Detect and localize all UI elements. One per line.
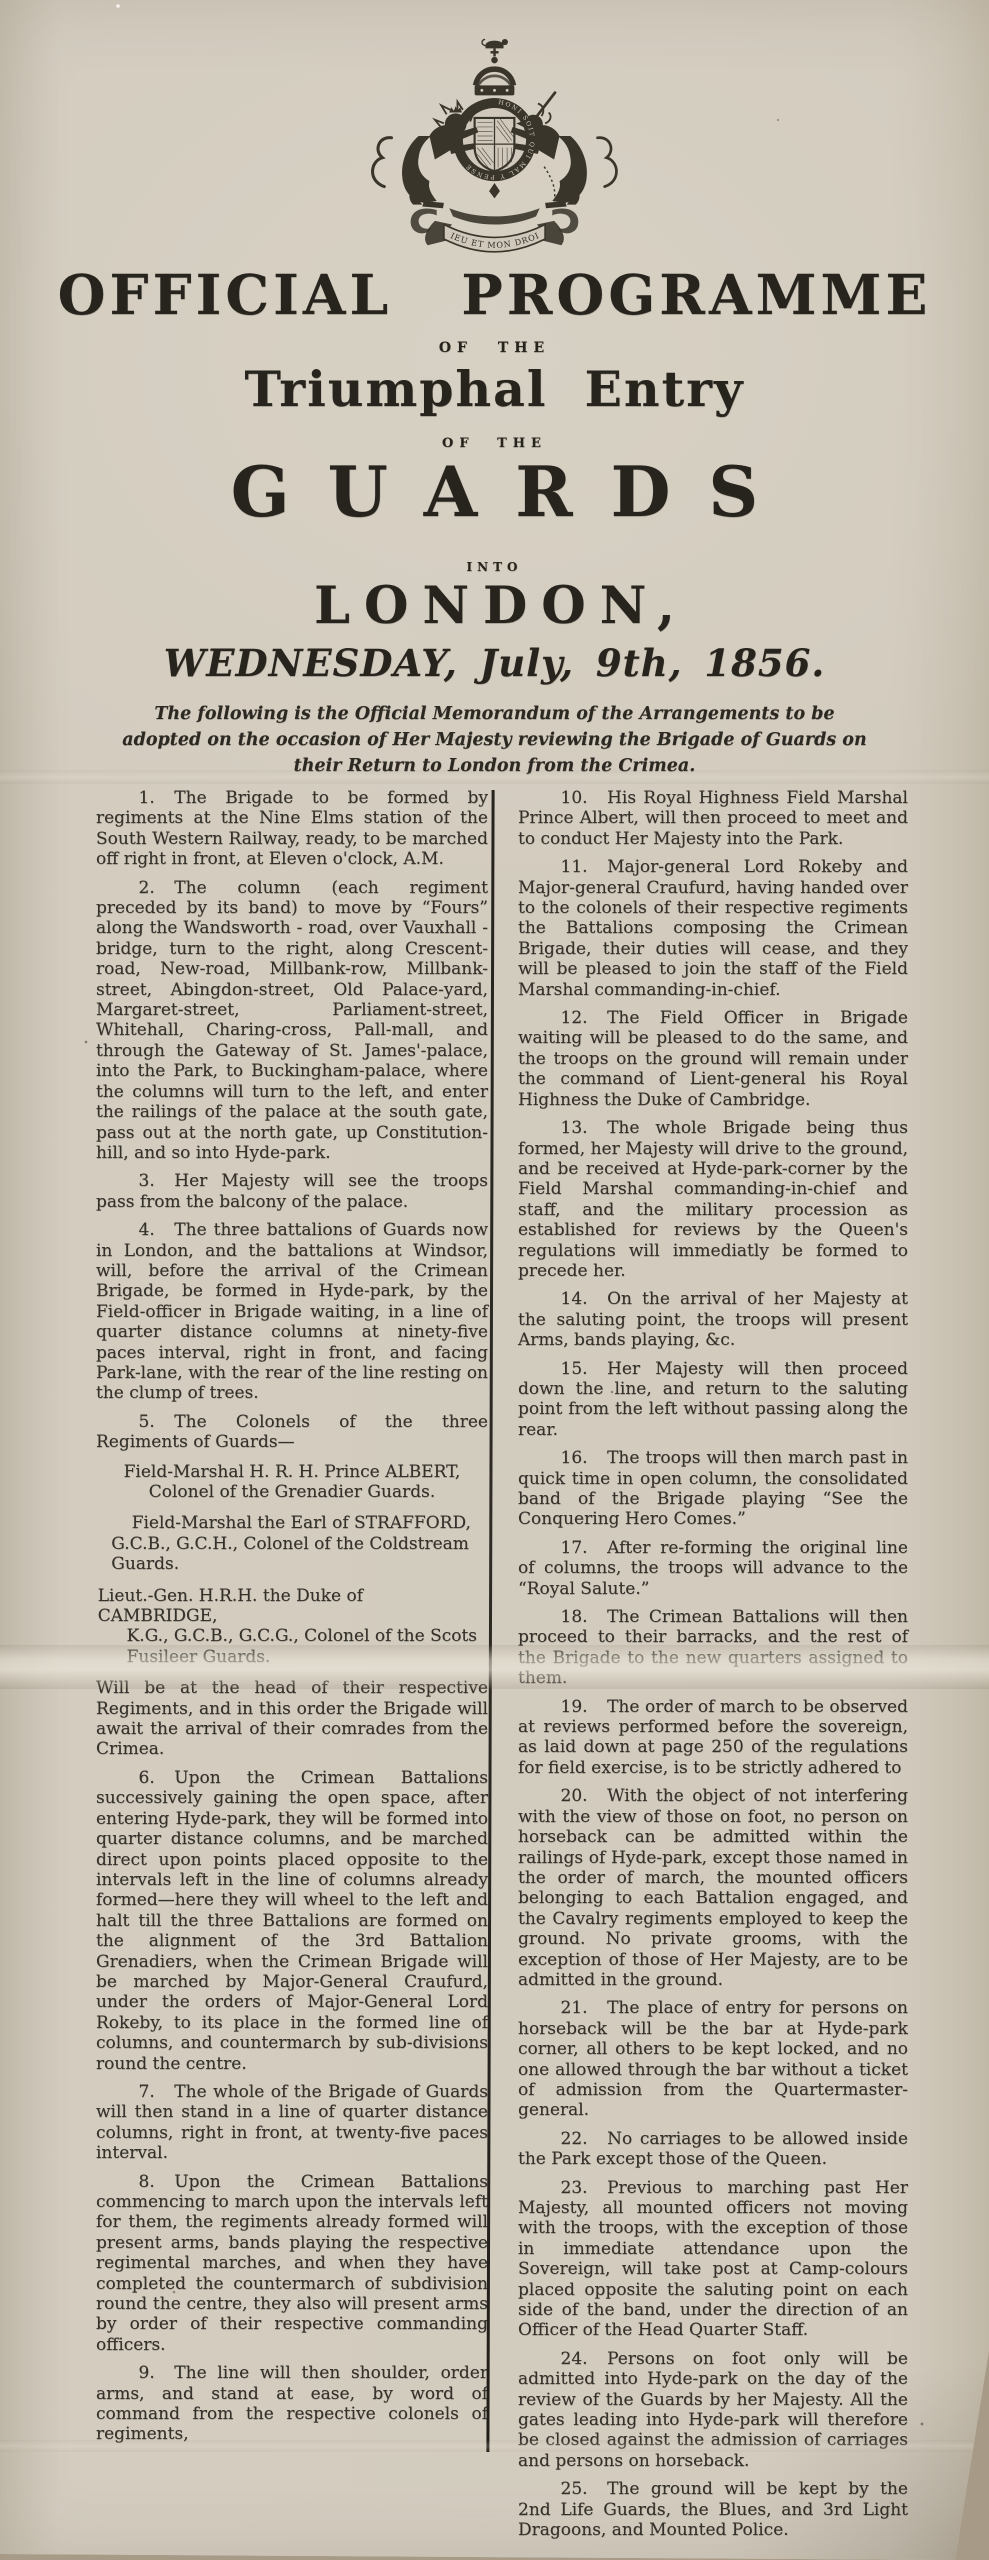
name-line: Field-Marshal the Earl of STRAFFORD,: [96, 1513, 488, 1533]
paragraph-12: 12.The Field Officer in Brigade waiting …: [518, 1008, 908, 1110]
paragraph-11: 11.Major-general Lord Rokeby and Major-g…: [518, 857, 908, 1000]
title-into: INTO: [0, 560, 989, 574]
paragraph-number: 14.: [561, 1289, 608, 1309]
paragraph-number: 12.: [561, 1008, 608, 1028]
paragraph-number: 17.: [561, 1538, 608, 1558]
paragraph-number: 15.: [561, 1359, 608, 1379]
colonel-name-block: Field-Marshal the Earl of STRAFFORD,G.C.…: [96, 1513, 488, 1574]
paragraph-10: 10.His Royal Highness Field Marshal Prin…: [518, 788, 908, 849]
paragraph-number: 16.: [561, 1448, 608, 1468]
title-triumphal-entry: Triumphal Entry: [0, 360, 989, 418]
paragraph-number: 11.: [561, 857, 608, 877]
paragraph-text: Major-general Lord Rokeby and Major-gene…: [518, 857, 908, 999]
paragraph-number: 22.: [561, 2129, 608, 2149]
paragraph-17: 17.After re-forming the original line of…: [518, 1538, 908, 1599]
name-line: G.C.B., G.C.H., Colonel of the Coldstrea…: [96, 1534, 488, 1554]
paragraph-number: 7.: [139, 2082, 175, 2102]
paragraph-number: 19.: [561, 1697, 608, 1717]
paragraph-text: Upon the Crimean Battalions commencing t…: [96, 2172, 488, 2355]
paragraph-number: 5.: [139, 1412, 175, 1432]
title-date-line: WEDNESDAY, July, 9th, 1856.: [0, 641, 989, 685]
paragraph-22: 22.No carriages to be allowed inside the…: [518, 2129, 908, 2170]
title-official-programme: OFFICIAL PROGRAMME: [0, 262, 989, 327]
paragraph-13: 13.The whole Brigade being thus formed, …: [518, 1118, 908, 1281]
paragraph-number: 10.: [561, 788, 608, 808]
name-line: Guards.: [96, 1554, 488, 1574]
title-guards: GUARDS: [0, 452, 989, 533]
unicorn-chain: [544, 167, 555, 209]
paragraph-21: 21.The place of entry for persons on hor…: [518, 1998, 908, 2120]
paragraph-20: 20.With the object of not interfering wi…: [518, 1786, 908, 1990]
paragraph-number: 23.: [561, 2178, 608, 2198]
paragraph-5: 5.The Colonels of the three Regiments of…: [96, 1412, 488, 1453]
paragraph-2: 2.The column (each regiment preceded by …: [96, 878, 488, 1164]
royal-coat-of-arms: DIEU ET MON DROIT HONI SOIT QUI MAL Y PE…: [359, 22, 630, 259]
name-line: Field-Marshal H. R. H. Prince ALBERT,: [96, 1462, 488, 1482]
paragraph-number: 18.: [561, 1607, 608, 1627]
paragraph-text: Upon the Crimean Battalions successively…: [96, 1768, 488, 2074]
column-right: 10.His Royal Highness Field Marshal Prin…: [518, 788, 908, 2549]
paragraph-text: The column (each regiment preceded by it…: [96, 878, 488, 1163]
paragraph-text: With the object of not interfering with …: [518, 1786, 908, 1990]
paragraph-3: 3.Her Majesty will see the troops pass f…: [96, 1171, 488, 1212]
paragraph-number: 6.: [139, 1768, 175, 1788]
paragraph-8: 8.Upon the Crimean Battalions commencing…: [96, 2172, 488, 2356]
paragraph-number: 8.: [139, 2172, 175, 2192]
paragraph-6: 6.Upon the Crimean Battalions successive…: [96, 1768, 488, 2074]
title-of-the-2: OF THE: [0, 436, 989, 451]
paragraph-continuation: Will be at the head of their respective …: [96, 1678, 488, 1760]
paragraph-number: 2.: [139, 878, 175, 898]
broadside-paper: DIEU ET MON DROIT HONI SOIT QUI MAL Y PE…: [0, 0, 989, 2560]
paragraph-18: 18.The Crimean Battalions will then proc…: [518, 1607, 908, 1689]
paragraph-23: 23.Previous to marching past Her Majesty…: [518, 2178, 908, 2341]
paragraph-number: 13.: [561, 1118, 608, 1138]
paragraph-number: 20.: [561, 1786, 608, 1806]
name-line: Fusileer Guards.: [96, 1647, 488, 1667]
paragraph-number: 3.: [139, 1171, 175, 1191]
paragraph-text: The whole Brigade being thus formed, her…: [518, 1118, 908, 1281]
paragraph-15: 15.Her Majesty will then proceed down th…: [518, 1359, 908, 1441]
paragraph-9: 9.The line will then shoulder, order arm…: [96, 2363, 488, 2445]
paragraph-number: 1.: [139, 788, 175, 808]
paragraph-number: 4.: [139, 1220, 175, 1240]
paragraph-number: 21.: [561, 1998, 608, 2018]
paragraph-19: 19.The order of march to be observed at …: [518, 1697, 908, 1779]
name-line: K.G., G.C.B., G.C.G., Colonel of the Sco…: [96, 1626, 488, 1646]
title-of-the-1: OF THE: [0, 340, 989, 356]
paragraph-14: 14.On the arrival of her Majesty at the …: [518, 1289, 908, 1350]
paragraph-number: 25.: [561, 2479, 608, 2499]
scanned-broadside: { "colors": { "paper": "#cfc8bb", "ink":…: [0, 0, 989, 2560]
paragraph-24: 24.Persons on foot only will be admitted…: [518, 2349, 908, 2471]
paragraph-25: 25.The ground will be kept by the 2nd Li…: [518, 2479, 908, 2540]
paragraph-text: Will be at the head of their respective …: [96, 1678, 488, 1759]
name-line: Lieut.-Gen. H.R.H. the Duke of CAMBRIDGE…: [96, 1586, 488, 1627]
title-london: LONDON,: [0, 576, 989, 636]
colonel-name-block: Field-Marshal H. R. H. Prince ALBERT,Col…: [96, 1462, 488, 1503]
paragraph-text: Previous to marching past Her Majesty, a…: [518, 2178, 908, 2341]
column-left: 1.The Brigade to be formed by regiments …: [96, 788, 488, 2453]
colonel-name-block: Lieut.-Gen. H.R.H. the Duke of CAMBRIDGE…: [96, 1586, 488, 1668]
paragraph-16: 16.The troops will then march past in qu…: [518, 1448, 908, 1530]
paragraph-4: 4.The three battalions of Guards now in …: [96, 1220, 488, 1404]
paragraph-text: The three battalions of Guards now in Lo…: [96, 1220, 488, 1403]
memorandum-intro: The following is the Official Memorandum…: [114, 702, 875, 780]
crest-lion-statant: [482, 39, 508, 48]
paragraph-number: 24.: [561, 2349, 608, 2369]
paragraph-7: 7.The whole of the Brigade of Guards wil…: [96, 2082, 488, 2164]
name-line: Colonel of the Grenadier Guards.: [96, 1482, 488, 1502]
paragraph-number: 9.: [139, 2363, 175, 2383]
paragraph-1: 1.The Brigade to be formed by regiments …: [96, 788, 488, 870]
